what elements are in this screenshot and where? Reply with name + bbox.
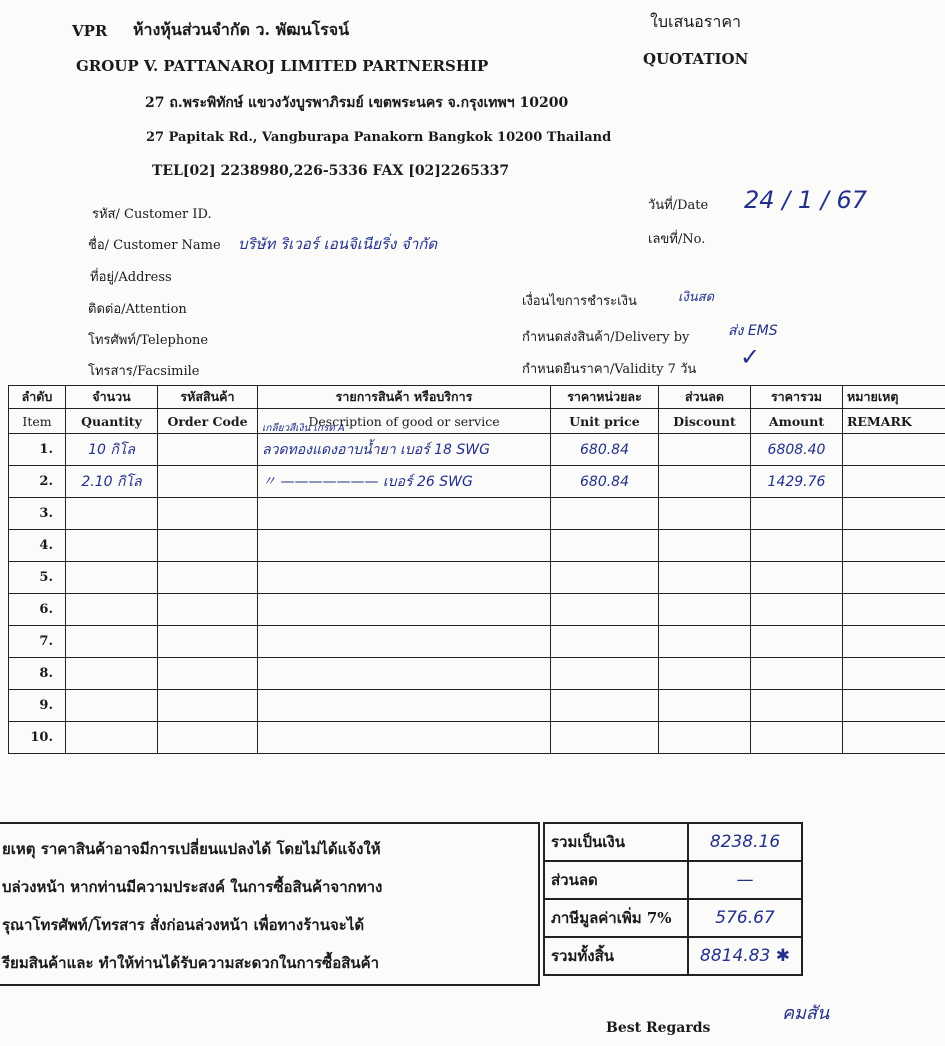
item-unit-price <box>551 562 659 594</box>
item-number: 4. <box>9 530 66 562</box>
item-order-code <box>158 530 258 562</box>
item-order-code <box>158 562 258 594</box>
item-order-code <box>158 498 258 530</box>
item-unit-price <box>551 722 659 754</box>
item-remark <box>843 690 945 722</box>
delivery-value: ส่ง EMS <box>728 320 778 342</box>
table-row: 8. <box>9 658 945 690</box>
validity-checkmark: ✓ <box>740 343 760 371</box>
item-order-code <box>158 626 258 658</box>
item-remark <box>843 434 945 466</box>
item-description: ลวดทองแดงอาบน้ำยา เบอร์ 18 SWG <box>258 434 551 466</box>
item-remark <box>843 498 945 530</box>
item-remark <box>843 626 945 658</box>
validity-label: กำหนดยืนราคา/Validity 7 วัน <box>522 358 696 379</box>
note-line: ยเหตุ ราคาสินค้าอาจมีการเปลี่ยนแปลงได้ โ… <box>0 830 538 868</box>
grand-total-label: รวมทั้งสิ้น <box>544 937 688 975</box>
item-unit-price: 680.84 <box>551 466 659 498</box>
col-remark-en: REMARK <box>843 409 945 434</box>
item-unit-price: 680.84 <box>551 434 659 466</box>
item-unit-price <box>551 626 659 658</box>
notes-box: ยเหตุ ราคาสินค้าอาจมีการเปลี่ยนแปลงได้ โ… <box>0 822 540 986</box>
item-amount <box>751 530 843 562</box>
item-quantity: 10 กิโล <box>66 434 158 466</box>
item-description <box>258 722 551 754</box>
col-remark-th: หมายเหตุ <box>843 386 945 409</box>
col-code-th: รหัสสินค้า <box>158 386 258 409</box>
company-address-th: 27 ถ.พระพิทักษ์ แขวงวังบูรพาภิรมย์ เขตพร… <box>145 92 568 114</box>
item-description <box>258 594 551 626</box>
table-row: 2.2.10 กิโล〃 ——————— เบอร์ 26 SWG680.841… <box>9 466 945 498</box>
date-label: วันที่/Date <box>648 194 708 215</box>
signature: คมสัน <box>782 998 829 1027</box>
item-description <box>258 498 551 530</box>
table-row: 7. <box>9 626 945 658</box>
company-address-en: 27 Papitak Rd., Vangburapa Panakorn Bang… <box>146 130 611 145</box>
item-quantity <box>66 562 158 594</box>
company-name-en: GROUP V. PATTANAROJ LIMITED PARTNERSHIP <box>76 57 488 75</box>
item-remark <box>843 722 945 754</box>
item-remark <box>843 530 945 562</box>
header-row-en: Item Quantity Order Code Description of … <box>9 409 945 434</box>
item-quantity <box>66 498 158 530</box>
item-discount <box>659 594 751 626</box>
item-discount <box>659 498 751 530</box>
item-discount <box>659 466 751 498</box>
item-number: 6. <box>9 594 66 626</box>
doc-title-en: QUOTATION <box>643 50 748 68</box>
item-description: 〃 ——————— เบอร์ 26 SWG <box>258 466 551 498</box>
col-code-en: Order Code <box>158 409 258 434</box>
col-amount-en: Amount <box>751 409 843 434</box>
item-quantity: 2.10 กิโล <box>66 466 158 498</box>
item-discount <box>659 722 751 754</box>
table-row: 3. <box>9 498 945 530</box>
customer-fax-label: โทรสาร/Facsimile <box>88 360 199 381</box>
company-name-th: ห้างหุ้นส่วนจำกัด ว. พัฒนโรจน์ <box>133 18 349 43</box>
col-item-en: Item <box>9 409 66 434</box>
item-quantity <box>66 626 158 658</box>
subtotal-value: 8238.16 <box>688 823 802 861</box>
customer-name-label: ชื่อ/ Customer Name <box>88 234 221 255</box>
note-line: รียมสินค้าและ ทำให้ท่านได้รับความสะดวกใน… <box>0 944 538 982</box>
item-amount <box>751 722 843 754</box>
item-amount <box>751 690 843 722</box>
discount-value: — <box>688 861 802 899</box>
customer-id-label: รหัส/ Customer ID. <box>92 203 212 224</box>
col-desc-en: Description of good or service เกลียวสีเ… <box>258 409 551 434</box>
item-order-code <box>158 690 258 722</box>
item-unit-price <box>551 498 659 530</box>
payment-label: เงื่อนไขการชำระเงิน <box>522 290 637 311</box>
col-discount-en: Discount <box>659 409 751 434</box>
vat-value: 576.67 <box>688 899 802 937</box>
item-discount <box>659 690 751 722</box>
item-remark <box>843 466 945 498</box>
doc-title-th: ใบเสนอราคา <box>650 10 741 35</box>
customer-telephone-label: โทรศัพท์/Telephone <box>88 329 208 350</box>
item-number: 1. <box>9 434 66 466</box>
item-quantity <box>66 658 158 690</box>
note-line: รุณาโทรศัพท์/โทรสาร สั่งก่อนล่วงหน้า เพื… <box>0 906 538 944</box>
table-row: 9. <box>9 690 945 722</box>
item-amount <box>751 562 843 594</box>
item-number: 7. <box>9 626 66 658</box>
delivery-label: กำหนดส่งสินค้า/Delivery by <box>522 326 689 347</box>
subtotal-label: รวมเป็นเงิน <box>544 823 688 861</box>
table-row: 4. <box>9 530 945 562</box>
closing-text: Best Regards <box>606 1020 710 1036</box>
item-unit-price <box>551 530 659 562</box>
payment-value: เงินสด <box>678 286 714 307</box>
subtotal-row: รวมเป็นเงิน 8238.16 <box>544 823 802 861</box>
item-discount <box>659 626 751 658</box>
item-quantity <box>66 594 158 626</box>
item-discount <box>659 658 751 690</box>
grand-total-row: รวมทั้งสิ้น 8814.83 ✱ <box>544 937 802 975</box>
item-description <box>258 530 551 562</box>
table-row: 6. <box>9 594 945 626</box>
company-contact: TEL[02] 2238980,226-5336 FAX [02]2265337 <box>152 163 509 179</box>
item-number: 10. <box>9 722 66 754</box>
table-row: 1.10 กิโลลวดทองแดงอาบน้ำยา เบอร์ 18 SWG6… <box>9 434 945 466</box>
discount-label: ส่วนลด <box>544 861 688 899</box>
items-table: ลำดับ จำนวน รหัสสินค้า รายการสินค้า หรือ… <box>8 385 945 754</box>
items-body: 1.10 กิโลลวดทองแดงอาบน้ำยา เบอร์ 18 SWG6… <box>9 434 945 754</box>
customer-attention-label: ติดต่อ/Attention <box>88 298 187 319</box>
item-description <box>258 626 551 658</box>
col-desc-th: รายการสินค้า หรือบริการ <box>258 386 551 409</box>
item-description <box>258 562 551 594</box>
item-amount <box>751 594 843 626</box>
item-remark <box>843 594 945 626</box>
col-qty-en: Quantity <box>66 409 158 434</box>
company-prefix: VPR <box>72 22 107 40</box>
item-number: 8. <box>9 658 66 690</box>
col-amount-th: ราคารวม <box>751 386 843 409</box>
customer-address-label: ที่อยู่/Address <box>90 266 172 287</box>
vat-row: ภาษีมูลค่าเพิ่ม 7% 576.67 <box>544 899 802 937</box>
header-row-th: ลำดับ จำนวน รหัสสินค้า รายการสินค้า หรือ… <box>9 386 945 409</box>
item-order-code <box>158 658 258 690</box>
customer-name-value: บริษัท ริเวอร์ เอนจิเนียริ่ง จำกัด <box>238 232 437 256</box>
grand-total-value: 8814.83 ✱ <box>688 937 802 975</box>
item-number: 3. <box>9 498 66 530</box>
col-unit-en: Unit price <box>551 409 659 434</box>
item-unit-price <box>551 690 659 722</box>
item-description <box>258 658 551 690</box>
item-amount: 1429.76 <box>751 466 843 498</box>
item-quantity <box>66 530 158 562</box>
item-order-code <box>158 466 258 498</box>
item-amount: 6808.40 <box>751 434 843 466</box>
item-number: 9. <box>9 690 66 722</box>
table-row: 10. <box>9 722 945 754</box>
item-remark <box>843 658 945 690</box>
item-order-code <box>158 594 258 626</box>
item-discount <box>659 530 751 562</box>
item-unit-price <box>551 658 659 690</box>
item-unit-price <box>551 594 659 626</box>
description-note: เกลียวสีเงิน เกรด A <box>262 421 345 434</box>
item-number: 5. <box>9 562 66 594</box>
item-remark <box>843 562 945 594</box>
item-quantity <box>66 722 158 754</box>
date-value: 24 / 1 / 67 <box>744 186 867 214</box>
item-order-code <box>158 434 258 466</box>
doc-no-label: เลขที่/No. <box>648 228 705 249</box>
col-unit-th: ราคาหน่วยละ <box>551 386 659 409</box>
col-qty-th: จำนวน <box>66 386 158 409</box>
discount-row: ส่วนลด — <box>544 861 802 899</box>
item-discount <box>659 434 751 466</box>
item-amount <box>751 658 843 690</box>
item-quantity <box>66 690 158 722</box>
table-row: 5. <box>9 562 945 594</box>
item-description <box>258 690 551 722</box>
item-order-code <box>158 722 258 754</box>
item-number: 2. <box>9 466 66 498</box>
col-item-th: ลำดับ <box>9 386 66 409</box>
totals-table: รวมเป็นเงิน 8238.16 ส่วนลด — ภาษีมูลค่าเ… <box>543 822 803 976</box>
note-line: บล่วงหน้า หากท่านมีความประสงค์ ในการซื้อ… <box>0 868 538 906</box>
item-discount <box>659 562 751 594</box>
item-amount <box>751 498 843 530</box>
col-discount-th: ส่วนลด <box>659 386 751 409</box>
item-amount <box>751 626 843 658</box>
vat-label: ภาษีมูลค่าเพิ่ม 7% <box>544 899 688 937</box>
